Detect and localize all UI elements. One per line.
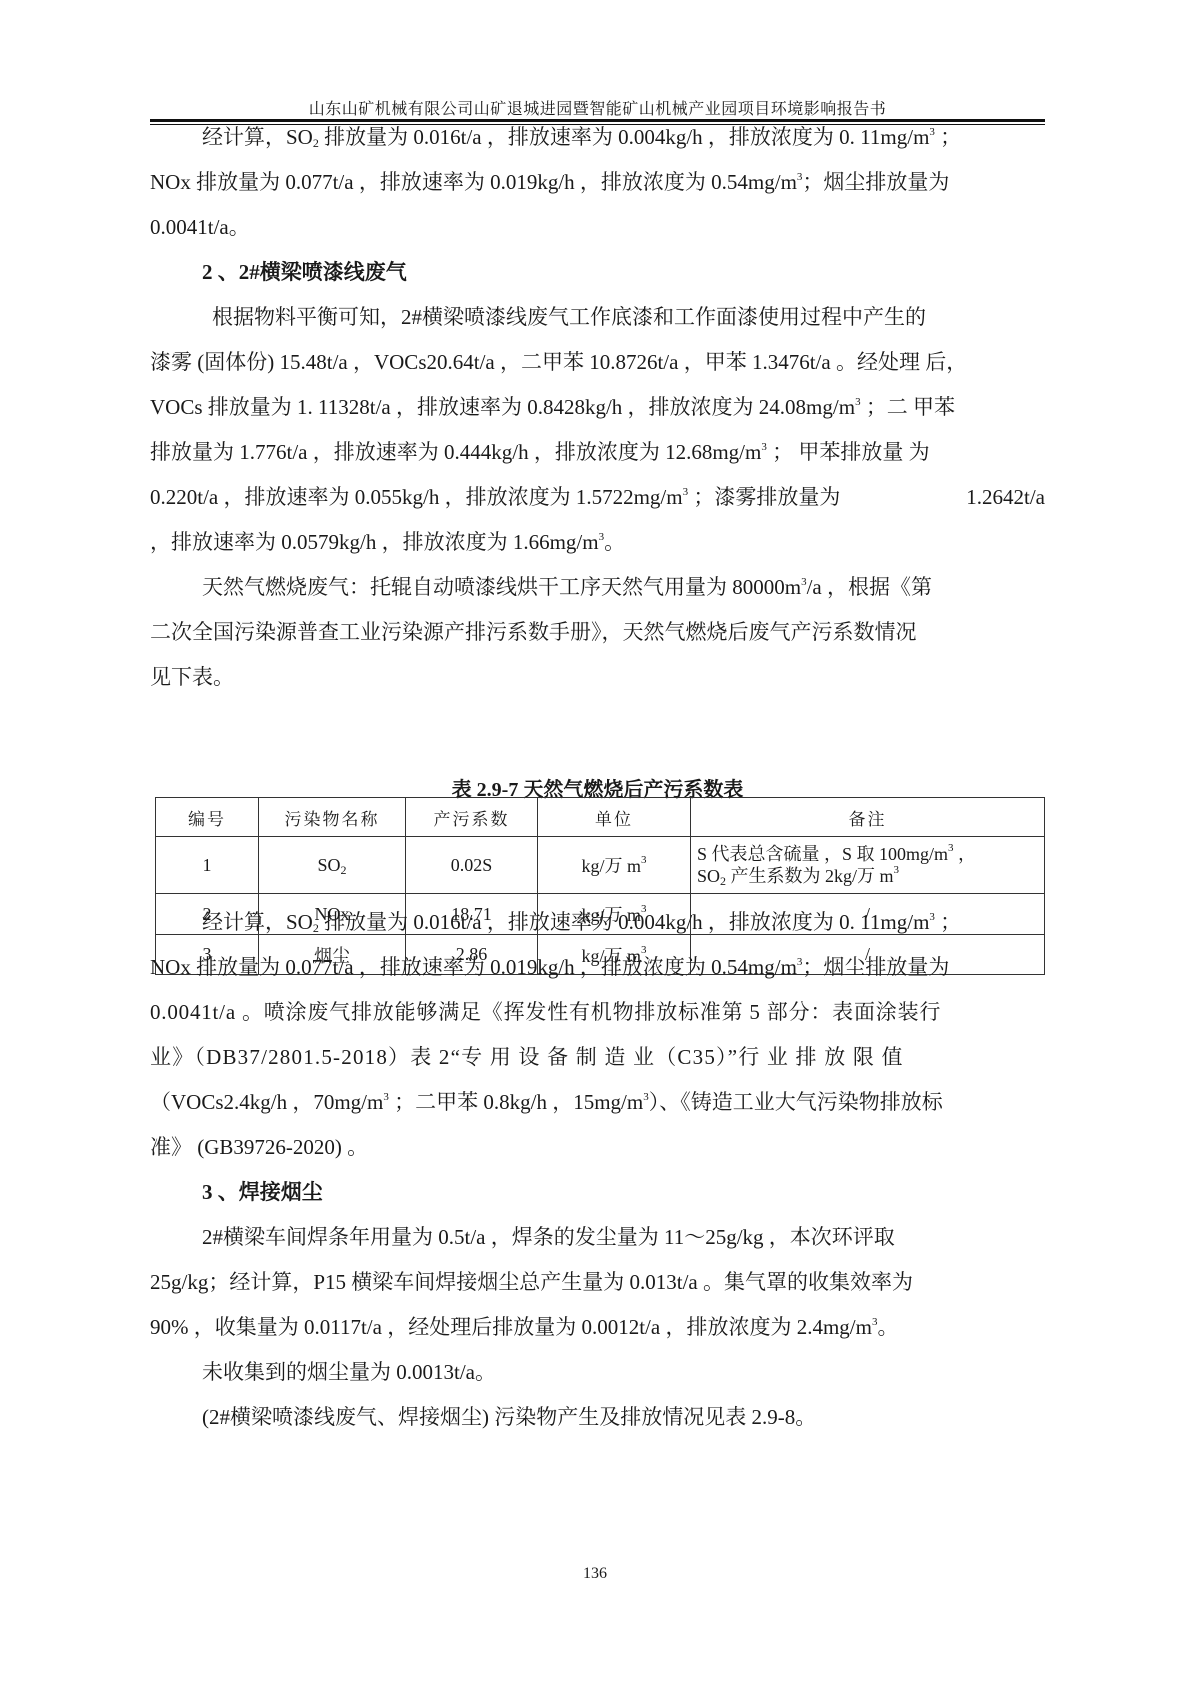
column-header: 备注 [691,798,1045,837]
paragraph-line: (2#横梁喷漆线废气、焊接烟尘) 污染物产生及排放情况见表 2.9-8。 [150,1403,1097,1431]
paragraph-line: 25g/kg；经计算，P15 横梁车间焊接烟尘总产生量为 0.013t/a 。集… [150,1268,1045,1296]
section-heading-2: 2 、2#横梁喷漆线废气 [150,258,1097,286]
paragraph-line: 见下表。 [150,663,1045,691]
paragraph-line: NOx 排放量为 0.077t/a ，排放速率为 0.019kg/h ，排放浓度… [150,953,1045,981]
emission-factor-table: 编号 污染物名称 产污系数 单位 备注 1 SO2 0.02S kg/万 m3 … [155,797,1045,975]
paragraph-line: 2#横梁车间焊条年用量为 0.5t/a ，焊条的发尘量为 11～25g/kg ，… [150,1223,1097,1251]
paragraph-line: 0.0041t/a 。喷涂废气排放能够满足《挥发性有机物排放标准第 5 部分：表… [150,998,1045,1026]
paragraph-line: 0.0041t/a。 [150,213,1045,241]
paragraph-line: 漆雾 (固体份) 15.48t/a ，VOCs20.64t/a ，二甲苯 10.… [150,348,1045,376]
paragraph-line: VOCs 排放量为 1. 11328t/a ，排放速率为 0.8428kg/h … [150,393,1045,421]
paragraph-line: 排放量为 1.776t/a ，排放速率为 0.444kg/h ，排放浓度为 12… [150,438,1045,466]
table-row: 1 SO2 0.02S kg/万 m3 S 代表总含硫量 ，S 取 100mg/… [156,837,1045,894]
cell-no: 1 [156,837,259,894]
report-title: 山东山矿机械有限公司山矿退城进园暨智能矿山机械产业园项目环境影响报告书 [150,96,1045,119]
section-heading-3: 3 、焊接烟尘 [150,1178,1097,1206]
paragraph-line: NOx 排放量为 0.077t/a ，排放速率为 0.019kg/h ，排放浓度… [150,168,1045,196]
column-header: 污染物名称 [259,798,406,837]
cell-name: SO2 [259,837,406,894]
paragraph-line: 根据物料平衡可知，2#横梁喷漆线废气工作底漆和工作面漆使用过程中产生的 [150,303,1107,331]
cell-coef: 0.02S [406,837,538,894]
table-header-row: 编号 污染物名称 产污系数 单位 备注 [156,798,1045,837]
paragraph-line: ，排放速率为 0.0579kg/h ，排放浓度为 1.66mg/m3。 [150,528,1045,556]
paragraph-line: 业》（DB37/2801.5-2018）表 2“专 用 设 备 制 造 业（C3… [150,1043,1045,1071]
paragraph-line: 90% ，收集量为 0.0117t/a ，经处理后排放量为 0.0012t/a … [150,1313,1045,1341]
paragraph-line: 二次全国污染源普查工业污染源产排污系数手册》，天然气燃烧后废气产污系数情况 [150,618,1045,646]
paragraph-line: 经计算，SO2 排放量为 0.016t/a ，排放速率为 0.004kg/h ，… [150,123,1097,151]
paragraph-line: 未收集到的烟尘量为 0.0013t/a。 [150,1358,1097,1386]
cell-note: S 代表总含硫量 ，S 取 100mg/m3 ， SO2 产生系数为 2kg/万… [691,837,1045,894]
cell-unit: kg/万 m3 [538,837,691,894]
column-header: 编号 [156,798,259,837]
paragraph-line: 0.220t/a ，排放速率为 0.055kg/h ，排放浓度为 1.5722m… [150,483,1045,511]
paragraph-line: 准》 (GB39726-2020) 。 [150,1133,1045,1161]
paragraph-line: 经计算，SO2 排放量为 0.016t/a ，排放速率为 0.004kg/h ，… [150,908,1097,936]
column-header: 产污系数 [406,798,538,837]
header-rule-thick [150,119,1045,122]
column-header: 单位 [538,798,691,837]
paragraph-line: 天然气燃烧废气：托辊自动喷漆线烘干工序天然气用量为 80000m3/a ，根据《… [150,573,1097,601]
paragraph-line: （VOCs2.4kg/h ，70mg/m3 ；二甲苯 0.8kg/h ，15mg… [150,1088,1045,1116]
page-number: 136 [0,1565,1190,1583]
